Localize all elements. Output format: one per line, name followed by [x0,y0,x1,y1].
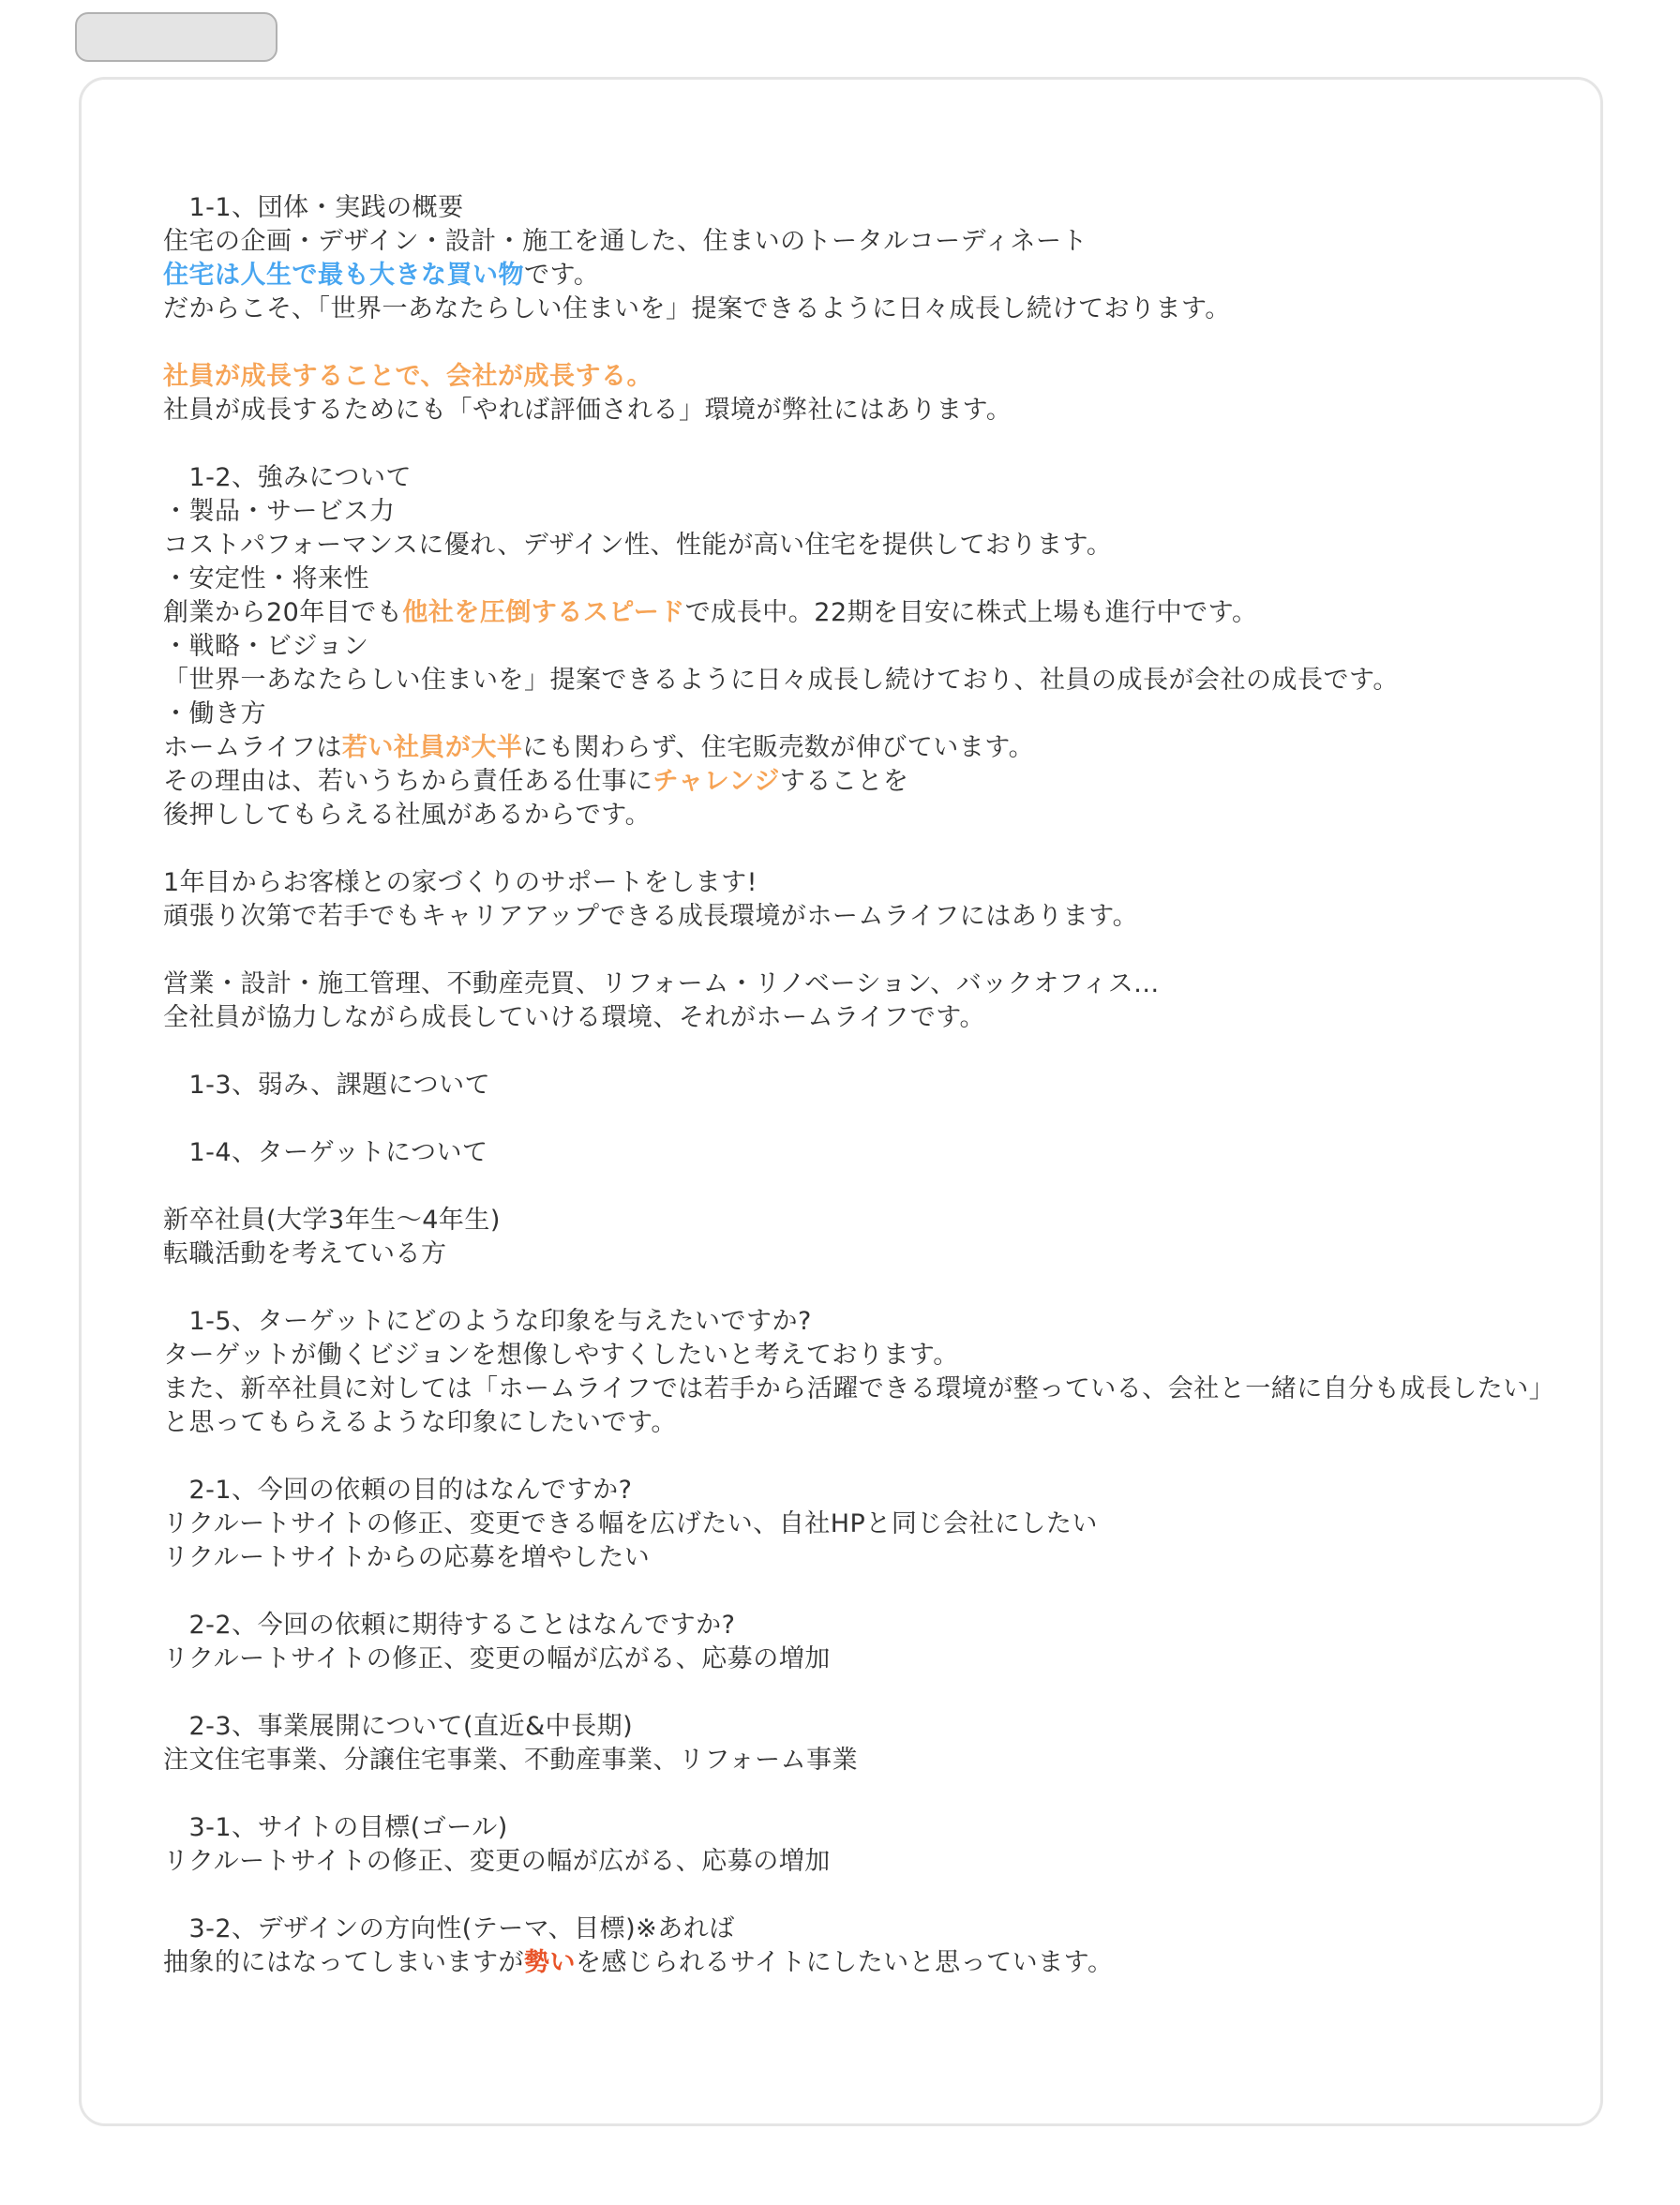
text-line: ・安定性・将来性 [163,562,1535,596]
blank-line [163,427,1535,461]
text-segment: 2-3、事業展開について(直近&中長期) [163,1712,633,1741]
blank-line [163,934,1535,967]
text-segment: ・戦略・ビジョン [163,632,368,661]
text-segment: 社員が成長するためにも「やれば評価される」環境が弊社にはあります。 [163,396,1012,425]
blank-line [163,326,1535,360]
text-line: 営業・設計・施工管理、不動産売買、リフォーム・リノベーション、バックオフィス..… [163,967,1535,1001]
text-segment: リクルートサイトの修正、変更の幅が広がる、応募の増加 [163,1644,831,1673]
blank-line [163,1271,1535,1305]
text-line: 新卒社員(大学3年生〜4年生) [163,1204,1535,1237]
text-segment: 転職活動を考えている方 [163,1239,447,1268]
text-line: ・製品・サービス力 [163,495,1535,529]
text-line: 1-4、ターゲットについて [163,1136,1535,1170]
emphasis-blue-text: 住宅は人生で最も大きな買い物 [163,261,524,290]
text-line: 転職活動を考えている方 [163,1237,1535,1271]
text-segment: で成長中。22期を目安に株式上場も進行中です。 [685,598,1258,627]
text-segment: 後押ししてもらえる社風があるからです。 [163,801,651,830]
text-segment: 住宅の企画・デザイン・設計・施工を通した、住まいのトータルコーディネート [163,227,1087,256]
text-segment: 全社員が協力しながら成長していける環境、それがホームライフです。 [163,1003,985,1032]
text-line: 1年目からお客様との家づくりのサポートをします! [163,866,1535,900]
text-segment: 抽象的にはなってしまいますが [163,1948,524,1977]
text-segment: 2-2、今回の依頼に期待することはなんですか? [163,1611,735,1640]
text-segment: 頑張り次第で若手でもキャリアアップできる成長環境がホームライフにはあります。 [163,902,1138,931]
text-line: と思ってもらえるような印象にしたいです。 [163,1406,1535,1440]
text-line: 2-1、今回の依頼の目的はなんですか? [163,1474,1535,1507]
text-segment: です。 [524,261,599,290]
text-segment: 「世界一あなたらしい住まいを」提案できるように日々成長し続けており、社員の成長が… [163,666,1399,695]
text-segment: また、新卒社員に対しては「ホームライフでは若手から活躍できる環境が整っている、会… [163,1374,1554,1403]
text-segment: だからこそ、「世界一あなたらしい住まいを」提案できるように日々成長し続けておりま… [163,294,1231,323]
text-segment: 新卒社員(大学3年生〜4年生) [163,1206,501,1235]
text-segment: を感じられるサイトにしたいと思っています。 [576,1948,1113,1977]
blank-line [163,832,1535,866]
text-line: 抽象的にはなってしまいますが勢いを感じられるサイトにしたいと思っています。 [163,1946,1535,1980]
text-segment: リクルートサイトの修正、変更の幅が広がる、応募の増加 [163,1847,831,1876]
text-segment: ・製品・サービス力 [163,497,396,526]
emphasis-red-text: 勢い [524,1948,576,1977]
text-segment: 1-3、弱み、課題について [163,1071,490,1100]
text-segment: ターゲットが働くビジョンを想像しやすくしたいと考えております。 [163,1341,959,1370]
text-segment: ホームライフは [163,733,342,762]
document-body: 1-1、団体・実践の概要住宅の企画・デザイン・設計・施工を通した、住まいのトータ… [82,80,1600,1980]
text-segment: 創業から20年目でも [163,598,402,627]
text-segment: 3-2、デザインの方向性(テーマ、目標)※あれば [163,1914,735,1943]
text-line: また、新卒社員に対しては「ホームライフでは若手から活躍できる環境が整っている、会… [163,1372,1535,1406]
text-line: 2-3、事業展開について(直近&中長期) [163,1710,1535,1744]
text-line: 3-1、サイトの目標(ゴール) [163,1811,1535,1845]
text-line: 頑張り次第で若手でもキャリアアップできる成長環境がホームライフにはあります。 [163,900,1535,934]
text-segment: 1-1、団体・実践の概要 [163,193,464,222]
text-segment: ・安定性・将来性 [163,564,369,593]
text-segment: 1-2、強みについて [163,463,412,492]
blank-line [163,1575,1535,1609]
blank-line [163,1035,1535,1069]
text-segment: 2-1、今回の依頼の目的はなんですか? [163,1476,632,1505]
text-segment: コストパフォーマンスに優れ、デザイン性、性能が高い住宅を提供しております。 [163,531,1112,560]
blank-line [163,1676,1535,1710]
text-segment: と思ってもらえるような印象にしたいです。 [163,1408,677,1437]
text-line: 1-2、強みについて [163,461,1535,495]
blank-line [163,1102,1535,1136]
text-line: コストパフォーマンスに優れ、デザイン性、性能が高い住宅を提供しております。 [163,529,1535,562]
top-tab-button[interactable] [75,12,277,62]
text-line: 住宅の企画・デザイン・設計・施工を通した、住まいのトータルコーディネート [163,225,1535,259]
emphasis-orange-text: 社員が成長することで、会社が成長する。 [163,362,652,391]
text-line: 注文住宅事業、分譲住宅事業、不動産事業、リフォーム事業 [163,1744,1535,1777]
text-line: リクルートサイトからの応募を増やしたい [163,1541,1535,1575]
text-line: リクルートサイトの修正、変更できる幅を広げたい、自社HPと同じ会社にしたい [163,1507,1535,1541]
emphasis-orange-text: チャレンジ [653,767,780,796]
text-line: 後押ししてもらえる社風があるからです。 [163,799,1535,832]
text-segment: 営業・設計・施工管理、不動産売買、リフォーム・リノベーション、バックオフィス..… [163,969,1160,998]
text-line: ・戦略・ビジョン [163,630,1535,664]
text-line: ホームライフは若い社員が大半にも関わらず、住宅販売数が伸びています。 [163,731,1535,765]
text-line: リクルートサイトの修正、変更の幅が広がる、応募の増加 [163,1642,1535,1676]
text-segment: 1年目からお客様との家づくりのサポートをします! [163,868,757,897]
blank-line [163,1440,1535,1474]
text-line: 全社員が協力しながら成長していける環境、それがホームライフです。 [163,1001,1535,1035]
text-line: その理由は、若いうちから責任ある仕事にチャレンジすることを [163,765,1535,799]
text-line: 2-2、今回の依頼に期待することはなんですか? [163,1609,1535,1642]
text-line: 1-1、団体・実践の概要 [163,191,1535,225]
emphasis-orange-text: 他社を圧倒するスピード [402,598,684,627]
text-line: 1-3、弱み、課題について [163,1069,1535,1102]
text-line: 社員が成長するためにも「やれば評価される」環境が弊社にはあります。 [163,394,1535,427]
content-card: 1-1、団体・実践の概要住宅の企画・デザイン・設計・施工を通した、住まいのトータ… [79,77,1603,2126]
text-segment: 3-1、サイトの目標(ゴール) [163,1813,508,1842]
text-segment: リクルートサイトからの応募を増やしたい [163,1543,650,1572]
text-segment: 1-5、ターゲットにどのような印象を与えたいですか? [163,1307,812,1336]
text-segment: リクルートサイトの修正、変更できる幅を広げたい、自社HPと同じ会社にしたい [163,1509,1098,1538]
text-segment: 注文住宅事業、分譲住宅事業、不動産事業、リフォーム事業 [163,1746,858,1775]
text-line: 社員が成長することで、会社が成長する。 [163,360,1535,394]
emphasis-orange-text: 若い社員が大半 [342,733,523,762]
text-line: 3-2、デザインの方向性(テーマ、目標)※あれば [163,1912,1535,1946]
text-segment: 1-4、ターゲットについて [163,1138,487,1167]
text-line: 1-5、ターゲットにどのような印象を与えたいですか? [163,1305,1535,1339]
text-segment: その理由は、若いうちから責任ある仕事に [163,767,653,796]
text-line: 「世界一あなたらしい住まいを」提案できるように日々成長し続けており、社員の成長が… [163,664,1535,697]
blank-line [163,1170,1535,1204]
text-line: ・働き方 [163,697,1535,731]
text-line: リクルートサイトの修正、変更の幅が広がる、応募の増加 [163,1845,1535,1879]
text-line: 創業から20年目でも他社を圧倒するスピードで成長中。22期を目安に株式上場も進行… [163,596,1535,630]
text-line: 住宅は人生で最も大きな買い物です。 [163,259,1535,292]
text-segment: することを [780,767,909,796]
text-segment: ・働き方 [163,699,266,728]
text-segment: にも関わらず、住宅販売数が伸びています。 [522,733,1034,762]
text-line: だからこそ、「世界一あなたらしい住まいを」提案できるように日々成長し続けておりま… [163,292,1535,326]
blank-line [163,1777,1535,1811]
blank-line [163,1879,1535,1912]
text-line: ターゲットが働くビジョンを想像しやすくしたいと考えております。 [163,1339,1535,1372]
